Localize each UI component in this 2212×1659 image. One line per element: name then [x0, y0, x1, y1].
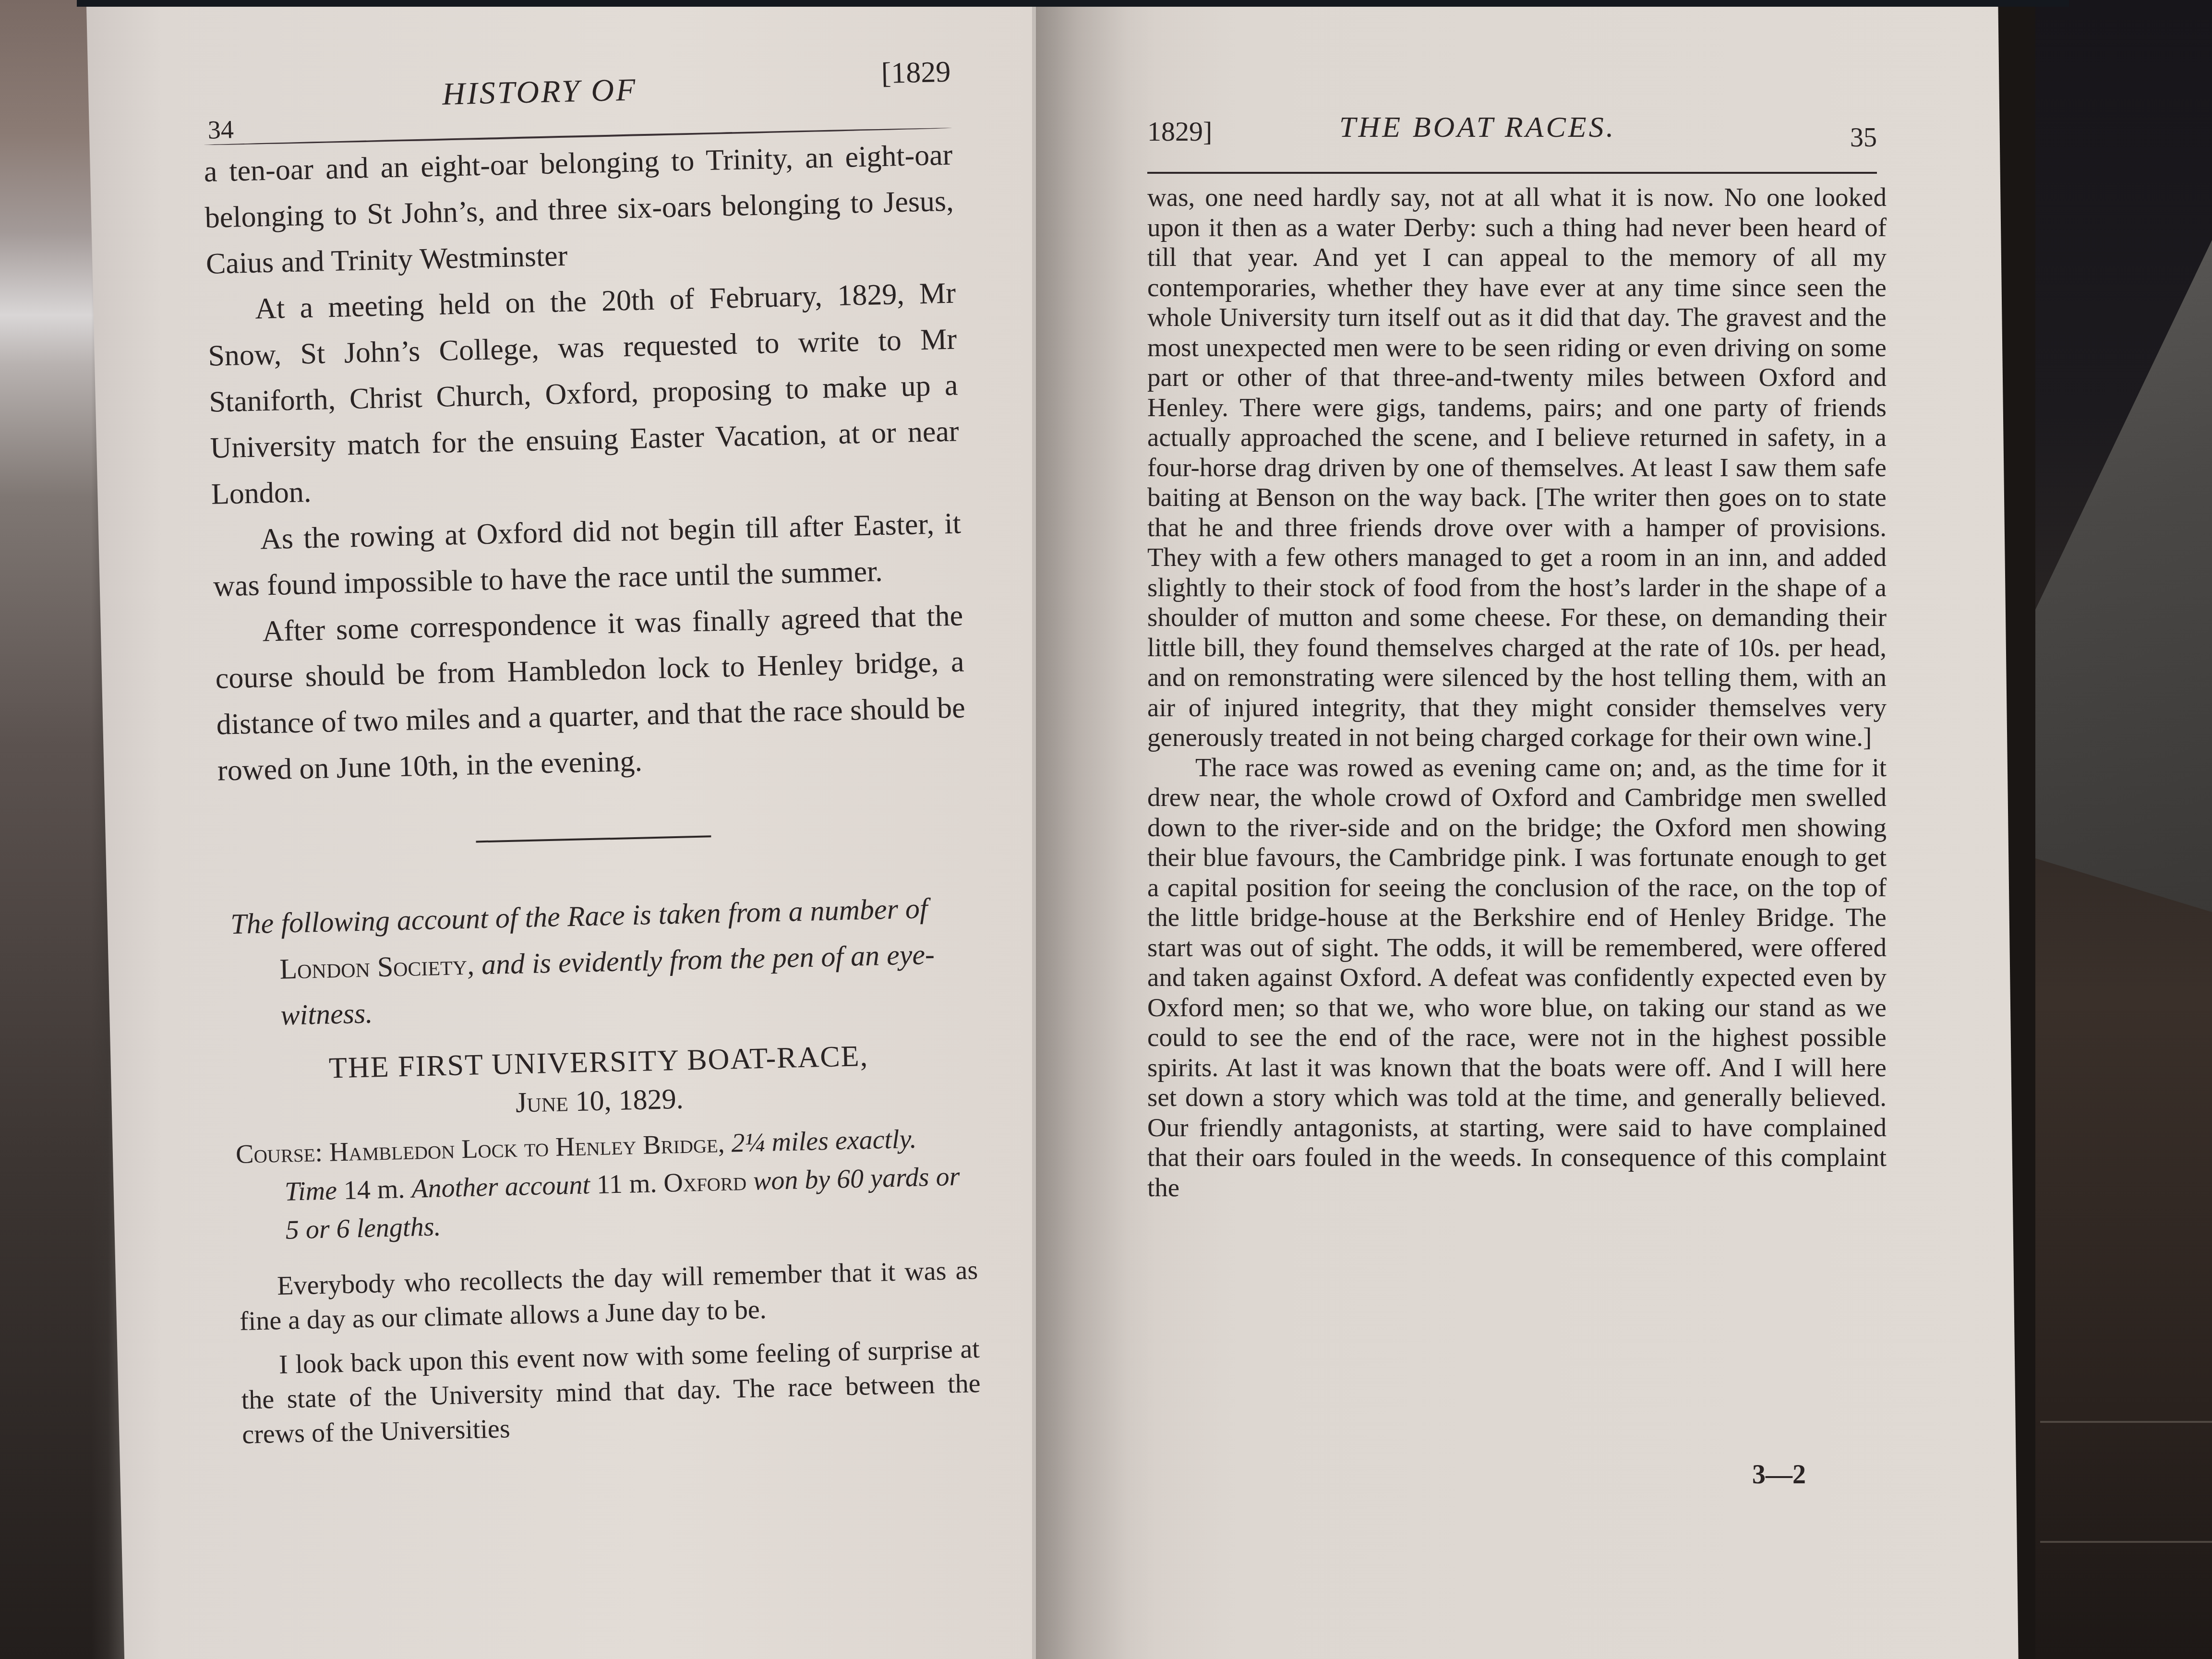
right-body: was, one need hardly say, not at all wha…	[1147, 182, 1887, 1202]
course-distance: 2¼ miles exactly.	[731, 1124, 917, 1158]
running-title: HISTORY OF	[442, 72, 637, 112]
course-route: Hambledon Lock to Henley Bridge,	[329, 1129, 725, 1167]
course-label: Course:	[235, 1138, 323, 1169]
left-page-content: 34 HISTORY OF [1829 a ten-oar and an eig…	[202, 55, 982, 1462]
paragraph: was, one need hardly say, not at all wha…	[1147, 182, 1887, 753]
paragraph: a ten-oar and an eight-oar belonging to …	[204, 132, 955, 287]
alt-time: 11 m.	[596, 1168, 657, 1200]
page-number: 34	[207, 115, 234, 145]
course-details: Course: Hambledon Lock to Henley Bridge,…	[235, 1118, 977, 1250]
right-page-content: 1829] THE BOAT RACES. 35 was, one need h…	[1147, 96, 1887, 1202]
paragraph: The race was rowed as evening came on; a…	[1147, 753, 1887, 1203]
paragraph: After some correspondence it was finally…	[214, 592, 966, 793]
desk-plank-line	[2040, 1421, 2212, 1423]
book-cover-edge	[77, 0, 2069, 7]
header-rule	[1147, 172, 1877, 174]
paragraph: Everybody who recollects the day will re…	[239, 1253, 979, 1339]
running-year: 1829]	[1147, 115, 1212, 147]
time-label: Time	[284, 1176, 337, 1206]
another-account: Another account	[411, 1170, 590, 1203]
desk-plank-line	[2040, 1541, 2212, 1543]
signature-mark: 3—2	[1752, 1459, 1806, 1490]
source-note-text: The following account of the Race is tak…	[230, 892, 928, 940]
source-publication: London Society	[279, 949, 468, 985]
running-title: THE BOAT RACES.	[1339, 110, 1616, 144]
right-running-head: 1829] THE BOAT RACES. 35	[1147, 96, 1887, 178]
left-body: a ten-oar and an eight-oar belonging to …	[204, 132, 967, 794]
section-separator	[476, 835, 711, 842]
running-year: [1829	[881, 55, 951, 91]
page-number: 35	[1850, 122, 1877, 153]
paragraph: As the rowing at Oxford did not begin ti…	[212, 500, 962, 609]
race-time: 14 m.	[343, 1174, 405, 1205]
paragraph: At a meeting held on the 20th of Februar…	[206, 270, 960, 517]
paragraph: I look back upon this event now with som…	[240, 1332, 982, 1452]
winner: Oxford	[663, 1166, 747, 1198]
source-note: The following account of the Race is tak…	[230, 884, 972, 1039]
